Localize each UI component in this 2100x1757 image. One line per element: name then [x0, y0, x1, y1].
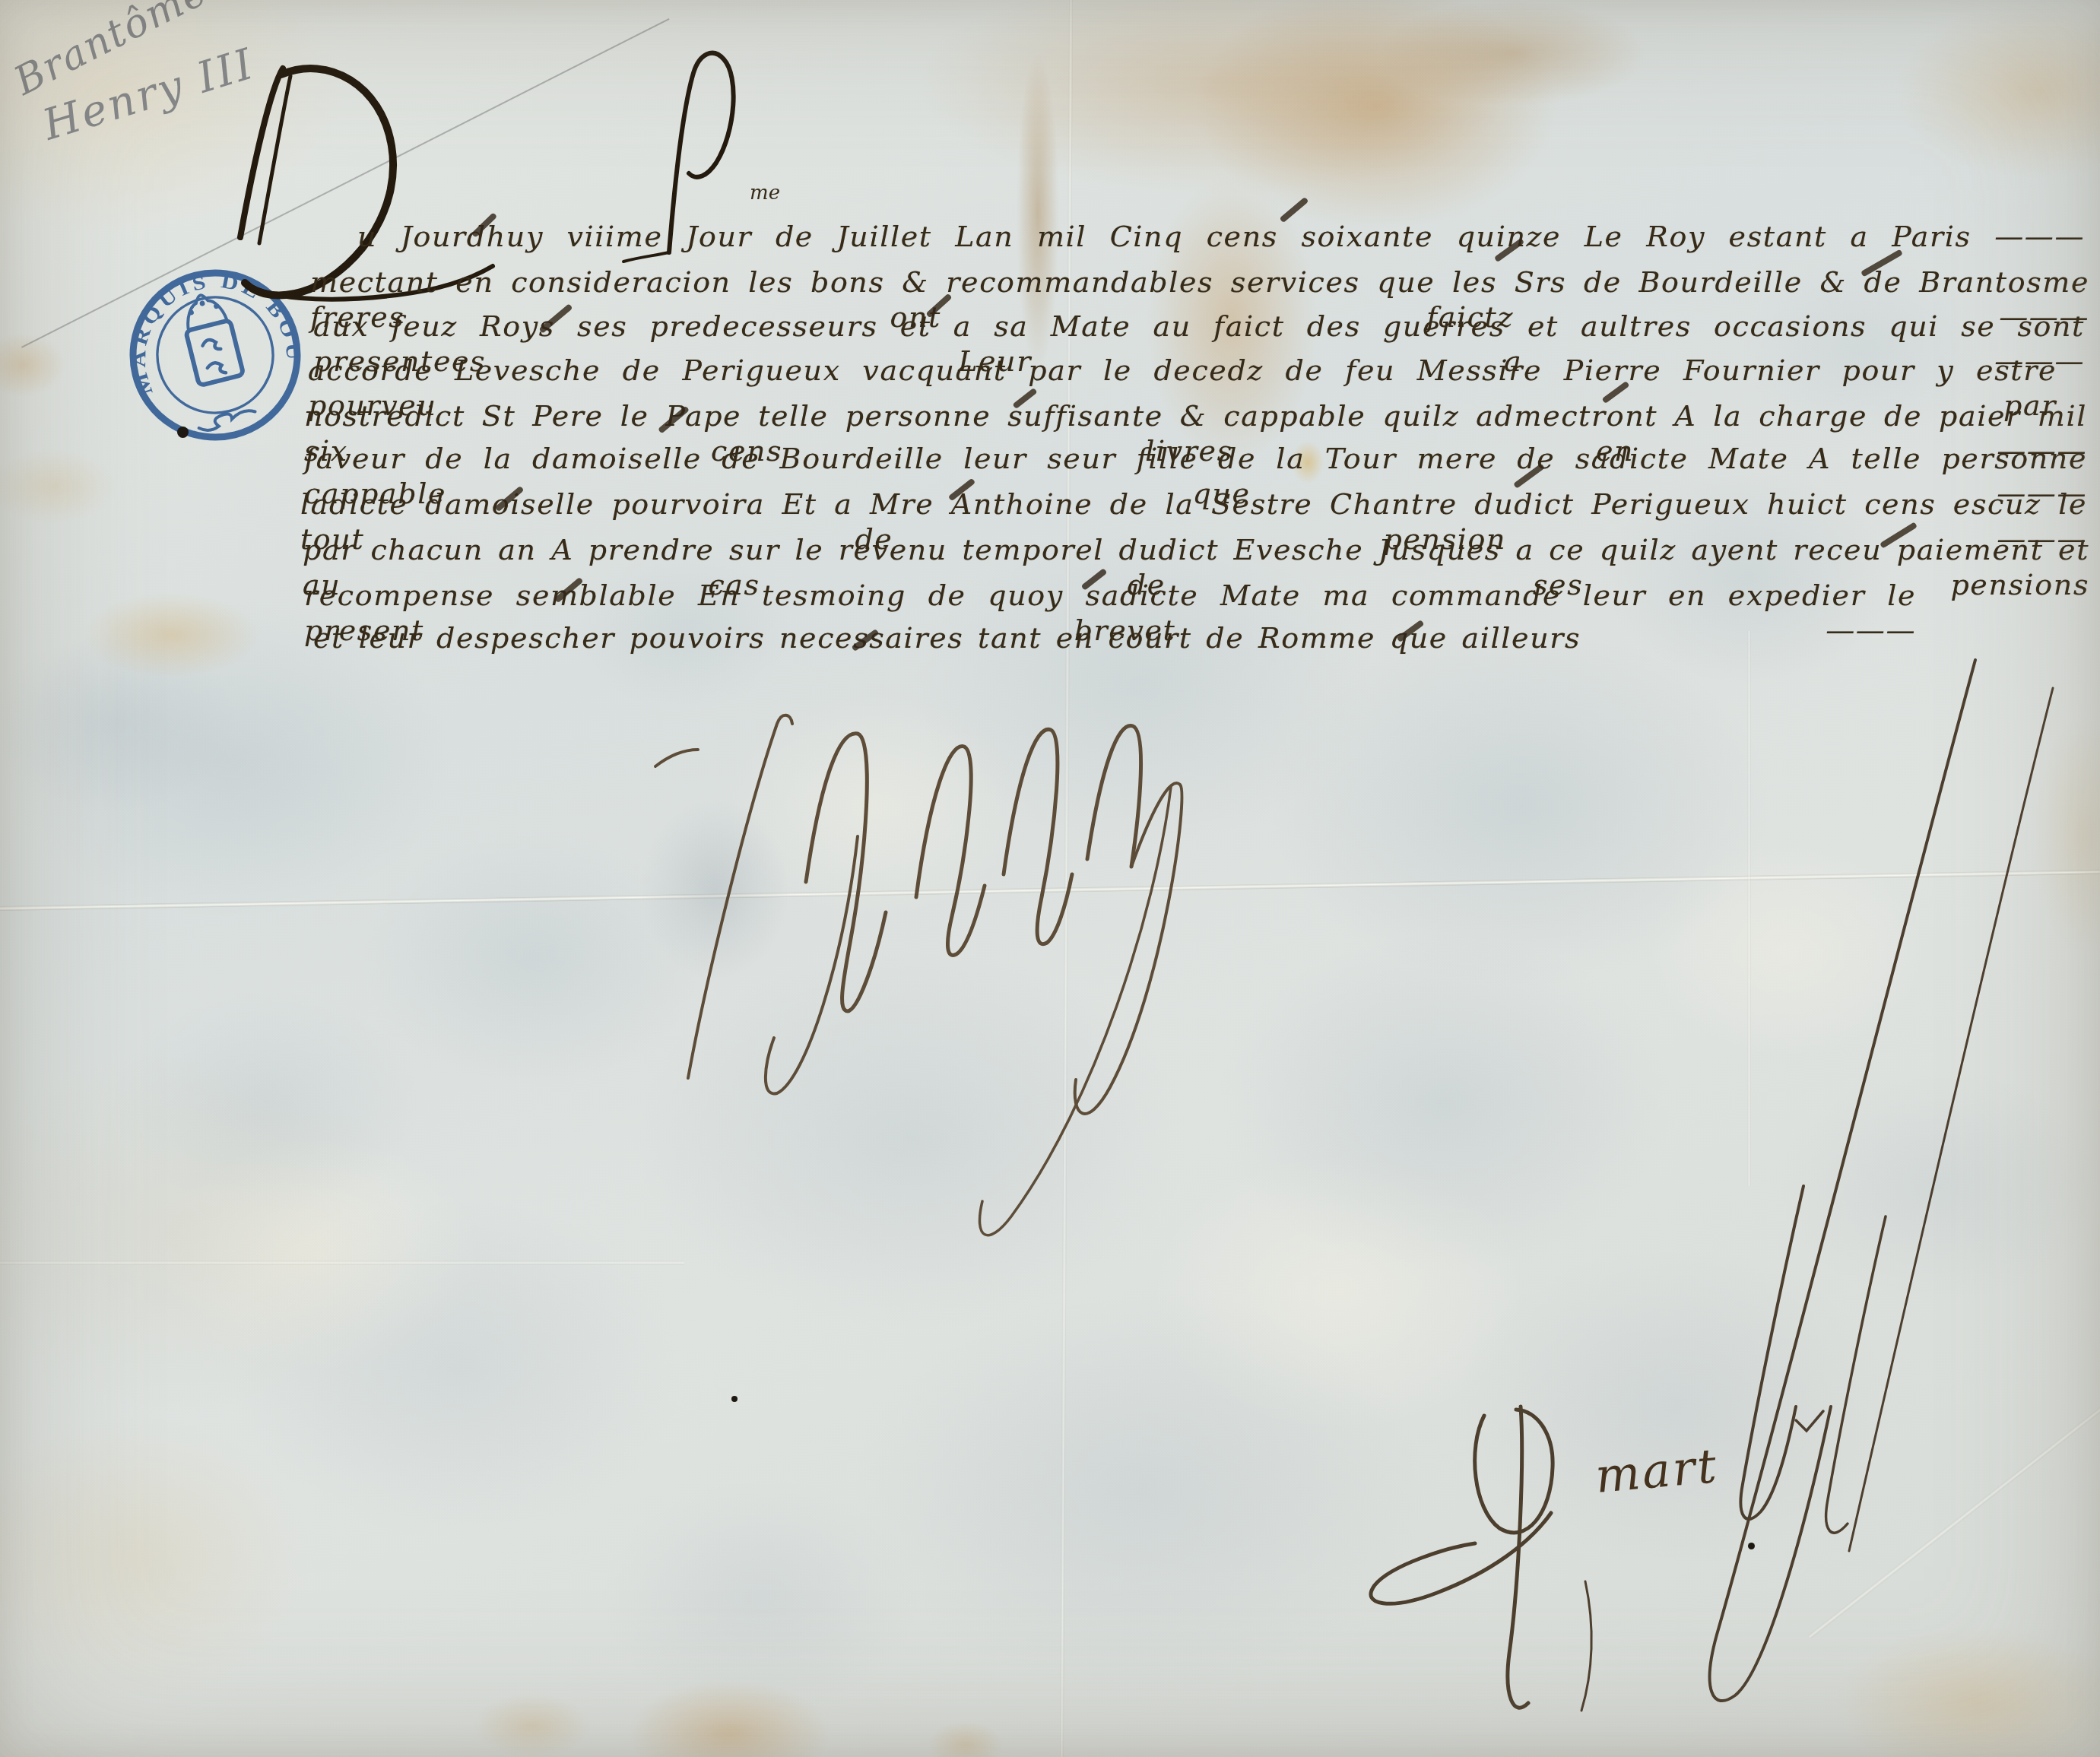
- photo-vignette: [0, 0, 2100, 1757]
- parchment-document-photo: Brantôme Henry III MARQUIS DE BOURDEILLE: [0, 0, 2100, 1757]
